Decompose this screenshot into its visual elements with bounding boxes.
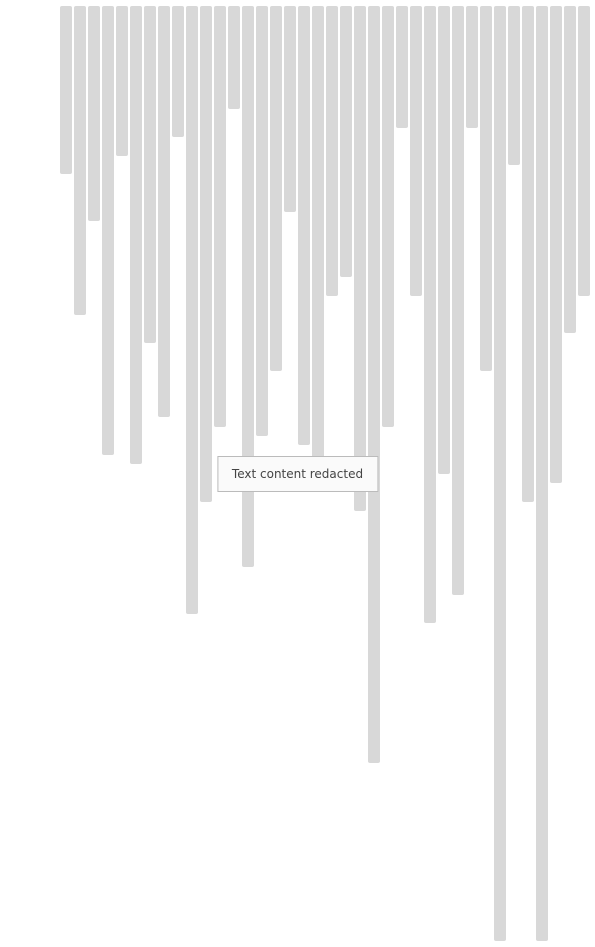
text-column-redacted <box>75 6 87 941</box>
redaction-notice: Text content redacted <box>217 456 378 492</box>
text-column-redacted <box>187 6 199 941</box>
text-column-redacted <box>145 6 157 941</box>
text-column-redacted <box>383 6 395 941</box>
text-column-redacted <box>173 6 185 941</box>
text-column-redacted <box>467 6 479 941</box>
text-column-redacted <box>89 6 101 941</box>
text-column-redacted <box>523 6 535 941</box>
text-column-redacted <box>397 6 409 941</box>
text-column-redacted <box>439 6 451 941</box>
text-column-redacted <box>551 6 563 941</box>
text-column-redacted <box>103 6 115 941</box>
text-column-redacted <box>117 6 129 941</box>
text-column-redacted <box>131 6 143 941</box>
text-column-redacted <box>481 6 493 941</box>
document-page: Text content redacted <box>0 0 595 947</box>
text-column-redacted <box>565 6 577 941</box>
text-column-redacted <box>411 6 423 941</box>
text-column-redacted <box>579 6 591 941</box>
text-column-redacted <box>425 6 437 941</box>
text-column-redacted <box>509 6 521 941</box>
text-column-redacted <box>159 6 171 941</box>
text-column-redacted <box>61 6 73 941</box>
text-column-redacted <box>453 6 465 941</box>
text-column-redacted <box>201 6 213 941</box>
text-column-redacted <box>495 6 507 941</box>
text-column-redacted <box>537 6 549 941</box>
